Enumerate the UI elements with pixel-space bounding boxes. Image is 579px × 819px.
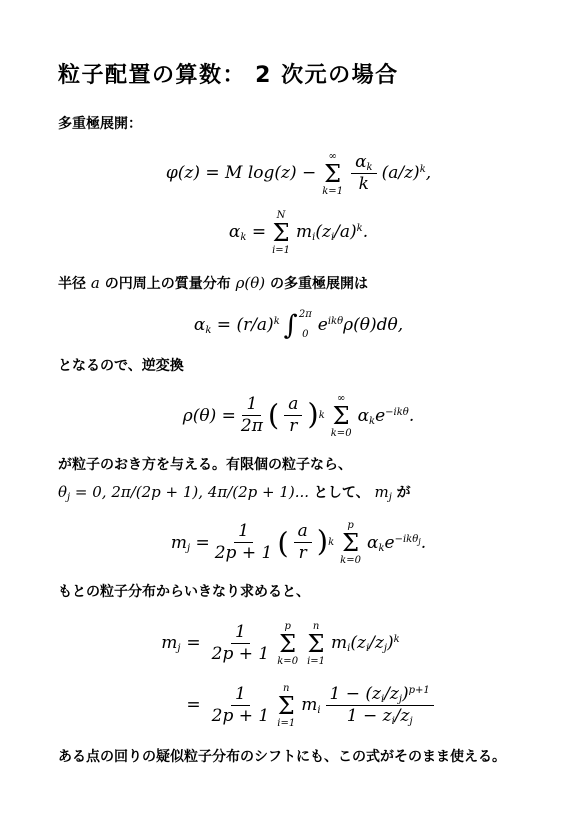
- inline-math: ρ(θ): [236, 274, 266, 292]
- integral: ∫ 2π 0: [284, 310, 314, 340]
- superscript: ikθ: [328, 316, 343, 327]
- sum-lower-limit: i=1: [307, 656, 325, 667]
- math-token: α: [367, 533, 378, 553]
- inline-math: mj: [374, 483, 391, 501]
- superscript: k: [274, 316, 280, 327]
- math-token: )k: [317, 529, 334, 556]
- fraction-numerator: 1 − (zi/zj)p+1: [326, 685, 434, 707]
- superscript: −ikθj: [395, 534, 421, 545]
- punctuation: ,: [398, 315, 403, 335]
- math-token: mj =: [171, 533, 210, 553]
- document-page: 粒子配置の算数： 2 次元の場合 多重極展開： φ(z) = M log(z) …: [0, 0, 579, 770]
- fraction-numerator: αk: [351, 153, 377, 175]
- math-token: αke−ikθ.: [358, 406, 415, 426]
- math-token: α: [358, 406, 369, 426]
- fraction: a r: [284, 395, 302, 437]
- math-token: αk =: [229, 222, 266, 242]
- paragraph-theta-values: θj = 0, 2π/(2p + 1), 4π/(2p + 1)... として、…: [58, 478, 539, 507]
- paragraph-direct: もとの粒子分布からいきなり求めると、: [58, 579, 539, 606]
- integral-limits: 2π 0: [299, 310, 312, 340]
- fraction: 1 2p + 1: [215, 522, 273, 564]
- subscript: j: [187, 543, 190, 554]
- math-token: mi(zi/zj)k: [331, 633, 400, 653]
- fraction-denominator: 1 − zi/zj: [347, 706, 413, 727]
- fraction-denominator: r: [289, 416, 297, 437]
- fraction-denominator: 2π: [241, 416, 263, 437]
- align-rhs: = 1 2p + 1 n Σ i=1 mi 1 − (zi/zj)p+1 1 −…: [186, 683, 435, 729]
- math-token: mi(zi/a)k.: [296, 222, 368, 242]
- subscript: k: [205, 325, 211, 336]
- fraction-denominator: 2p + 1: [215, 543, 273, 564]
- math-token: /z: [369, 633, 384, 653]
- fraction: 1 2p + 1: [212, 623, 270, 665]
- subscript: j: [177, 643, 180, 654]
- fraction: αk k: [351, 153, 377, 195]
- left-paren: (: [268, 403, 279, 428]
- math-token: α: [194, 315, 205, 335]
- inline-math: a: [91, 274, 100, 292]
- summation: p Σ k=0: [277, 621, 298, 667]
- align-lhs: mj: [161, 621, 180, 667]
- align-rhs: = 1 2p + 1 p Σ k=0 n Σ i=1 mi(zi/zj)k: [186, 621, 435, 667]
- fraction-numerator: 1: [242, 395, 261, 417]
- page-title: 粒子配置の算数： 2 次元の場合: [58, 58, 539, 89]
- paragraph-radius: 半径 a の円周上の質量分布 ρ(θ) の多重極展開は: [58, 269, 539, 298]
- formula-mj-from-alpha: mj = 1 2p + 1 ( a r )k p Σ k=0 αke−ikθj.: [58, 520, 539, 566]
- math-token: α: [229, 222, 240, 242]
- subscript: k: [367, 162, 373, 173]
- superscript: k: [394, 634, 400, 645]
- sigma-icon: Σ: [324, 162, 341, 186]
- fraction-numerator: 1: [231, 623, 250, 645]
- jp-text: 半径: [58, 276, 91, 292]
- equals-sign: =: [186, 695, 200, 715]
- section-label-multipole: 多重極展開：: [58, 111, 539, 138]
- math-token: m: [161, 633, 177, 653]
- fraction-numerator: a: [294, 522, 312, 544]
- math-token: αke−ikθj.: [367, 533, 426, 553]
- superscript: −ikθ: [385, 407, 409, 418]
- integral-lower-limit: 0: [299, 330, 312, 340]
- math-token: α: [355, 152, 366, 172]
- fraction-numerator: 1: [231, 685, 250, 707]
- sum-lower-limit: k=0: [340, 555, 361, 566]
- math-token: m: [374, 483, 388, 501]
- fraction-denominator: k: [359, 174, 369, 195]
- math-token: ρ(θ) =: [183, 406, 236, 426]
- formula-mj-direct-derivation: mj = 1 2p + 1 p Σ k=0 n Σ i=1 mi(zi/zj)k…: [58, 621, 539, 729]
- fraction: 1 − (zi/zj)p+1 1 − zi/zj: [326, 685, 434, 727]
- paragraph-inverse: となるので、逆変換: [58, 353, 539, 380]
- jp-text: が: [392, 485, 411, 501]
- equals-sign: =: [252, 222, 266, 242]
- summation: ∞ Σ k=1: [322, 151, 343, 197]
- formula-row: αk = N Σ i=1 mi(zi/a)k.: [229, 210, 368, 256]
- sum-lower-limit: i=1: [277, 718, 295, 729]
- math-token: (a/z): [382, 163, 420, 183]
- subscript: i: [317, 705, 320, 716]
- sum-lower-limit: k=0: [331, 428, 352, 439]
- fraction-denominator: r: [299, 543, 307, 564]
- summation: n Σ i=1: [307, 621, 325, 667]
- summation: n Σ i=1: [277, 683, 295, 729]
- math-token: m: [301, 695, 317, 715]
- sigma-icon: Σ: [279, 632, 296, 656]
- punctuation: .: [363, 222, 368, 242]
- equals-sign: =: [217, 315, 231, 335]
- math-token: (z: [350, 633, 366, 653]
- punctuation: .: [409, 406, 414, 426]
- formula-row: ρ(θ) = 1 2π ( a r )k ∞ Σ k=0 αke−ikθ.: [183, 393, 415, 439]
- math-token: φ(z) = M log(z) −: [166, 163, 316, 183]
- sigma-icon: Σ: [278, 694, 295, 718]
- summation: N Σ i=1: [272, 210, 290, 256]
- sigma-icon: Σ: [333, 404, 350, 428]
- superscript: k: [328, 537, 334, 548]
- summation: p Σ k=0: [340, 520, 361, 566]
- math-token: ): [402, 684, 409, 704]
- inline-math: θj = 0, 2π/(2p + 1), 4π/(2p + 1)...: [58, 483, 314, 501]
- right-paren: ): [307, 397, 318, 431]
- sum-lower-limit: i=1: [272, 245, 290, 256]
- fraction: 1 2p + 1: [212, 685, 270, 727]
- math-token: (a/z)k,: [382, 163, 432, 183]
- summation: ∞ Σ k=0: [331, 393, 352, 439]
- punctuation: .: [421, 533, 426, 553]
- math-token: (z: [315, 222, 331, 242]
- subscript: k: [240, 232, 246, 243]
- math-token: (r/a): [236, 315, 273, 335]
- left-paren: (: [277, 531, 288, 556]
- fraction: a r: [294, 522, 312, 564]
- integral-icon: ∫: [284, 312, 298, 339]
- formula-row: φ(z) = M log(z) − ∞ Σ k=1 αk k (a/z)k,: [166, 151, 431, 197]
- fraction-numerator: 1: [234, 522, 253, 544]
- formula-alpha-integral: αk = (r/a)k ∫ 2π 0 eikθρ(θ)dθ,: [58, 310, 539, 340]
- paragraph-shift: ある点の回りの疑似粒子分布のシフトにも、この式がそのまま使える。: [58, 744, 539, 771]
- math-token: )k: [307, 402, 324, 429]
- math-token: 1 − z: [347, 706, 392, 726]
- math-token: /z: [395, 706, 410, 726]
- paragraph-placement: が粒子のおき方を与える。有限個の粒子なら、: [58, 452, 539, 479]
- math-token: /a): [334, 222, 357, 242]
- fraction: 1 2π: [241, 395, 263, 437]
- jp-text: として、: [314, 485, 375, 501]
- jp-text: の多重極展開は: [265, 276, 368, 292]
- math-token: ρ(θ)dθ: [343, 315, 398, 335]
- sigma-icon: Σ: [308, 632, 325, 656]
- math-token: /z: [384, 684, 399, 704]
- math-token: mi: [301, 695, 320, 715]
- math-token: m: [171, 533, 187, 553]
- math-token: m: [331, 633, 347, 653]
- math-token: ): [387, 633, 394, 653]
- math-token: m: [296, 222, 312, 242]
- superscript: k: [319, 410, 325, 421]
- formula-rho-inverse-transform: ρ(θ) = 1 2π ( a r )k ∞ Σ k=0 αke−ikθ.: [58, 393, 539, 439]
- math-token: αk = (r/a)k: [194, 315, 280, 335]
- math-token: θ: [58, 483, 67, 501]
- formula-alpha-coefficients: αk = N Σ i=1 mi(zi/a)k.: [58, 210, 539, 256]
- math-token: eikθρ(θ)dθ,: [318, 315, 403, 335]
- math-token: e: [375, 406, 385, 426]
- superscript: p+1: [409, 685, 430, 696]
- math-token: mj: [161, 633, 180, 653]
- integral-upper-limit: 2π: [299, 310, 312, 320]
- superscript-text: −ikθ: [395, 534, 419, 545]
- equals-sign: =: [186, 633, 200, 653]
- math-token: e: [318, 315, 328, 335]
- jp-text: の円周上の質量分布: [100, 276, 236, 292]
- sigma-icon: Σ: [273, 221, 290, 245]
- right-paren: ): [317, 524, 328, 558]
- fraction-denominator: 2p + 1: [212, 644, 270, 665]
- equals-sign: =: [195, 533, 209, 553]
- fraction-numerator: a: [284, 395, 302, 417]
- subscript: j: [409, 716, 412, 727]
- formula-multipole-potential: φ(z) = M log(z) − ∞ Σ k=1 αk k (a/z)k,: [58, 151, 539, 197]
- punctuation: ,: [426, 163, 431, 183]
- fraction-denominator: 2p + 1: [212, 706, 270, 727]
- math-token: e: [385, 533, 395, 553]
- sigma-icon: Σ: [342, 531, 359, 555]
- formula-row: mj = 1 2p + 1 ( a r )k p Σ k=0 αke−ikθj.: [171, 520, 426, 566]
- math-token: 1 − (z: [330, 684, 381, 704]
- sum-lower-limit: k=1: [322, 186, 343, 197]
- sum-lower-limit: k=0: [277, 656, 298, 667]
- math-token: = 0, 2π/(2p + 1), 4π/(2p + 1)...: [70, 483, 314, 501]
- formula-row: αk = (r/a)k ∫ 2π 0 eikθρ(θ)dθ,: [194, 310, 403, 340]
